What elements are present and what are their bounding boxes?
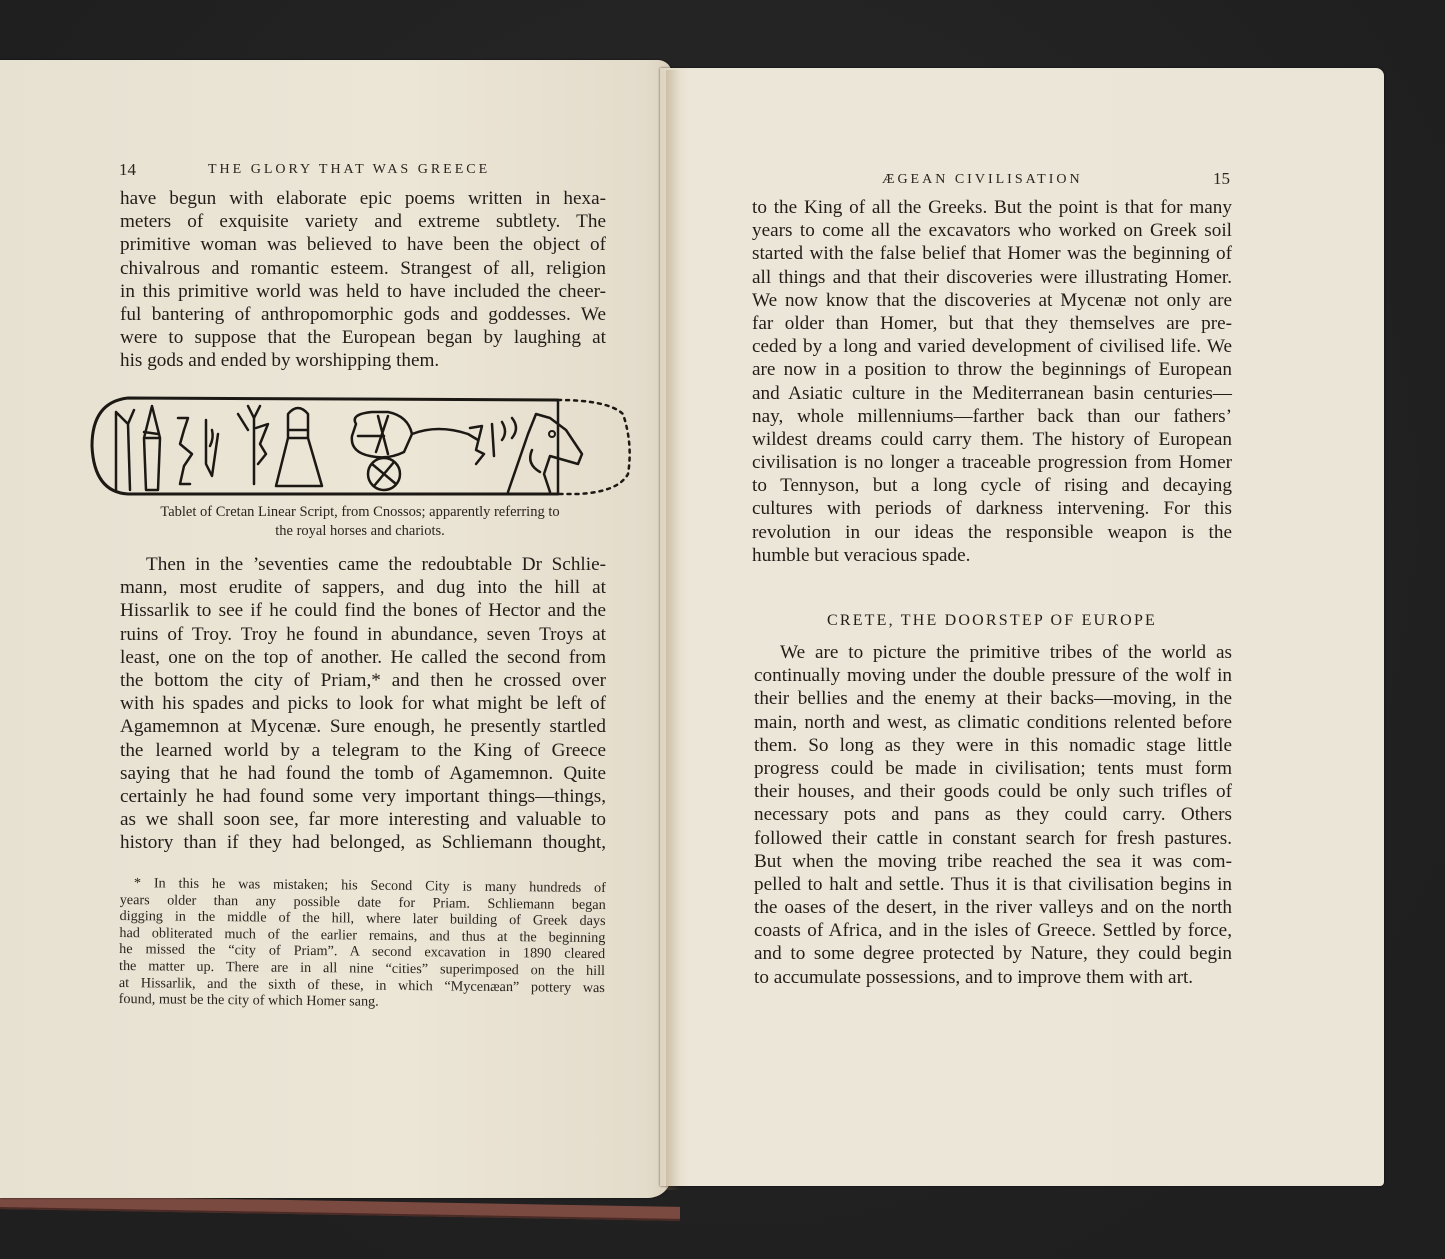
text-line: necessary pots and pans as they could ca… [754,803,1232,826]
text-line: the bottom the city of Priam,* and then … [120,669,606,692]
text-line: But when the moving tribe reached the se… [754,850,1232,873]
text-line: certainly he had found some very importa… [120,785,606,808]
left-paragraph-1: have begun with elaborate epic poems wri… [120,187,606,373]
text-line: and to some degree protected by Nature, … [754,942,1232,965]
text-line: coasts of Africa, and in the isles of Gr… [754,919,1232,942]
text-line: their houses, and their goods could be o… [754,780,1232,803]
text-line: Then in the ’seventies came the redoubta… [120,553,606,576]
text-line: as we shall soon see, far more interesti… [120,808,606,831]
cretan-tablet-illustration [88,394,636,500]
text-line: ruins of Troy. Troy he found in abundanc… [120,623,606,646]
text-line: and Asiatic culture in the Mediterranean… [752,382,1232,405]
text-line: meters of exquisite variety and extreme … [120,210,606,233]
text-line: saying that he had found the tomb of Aga… [120,762,606,785]
text-line: with his spades and picks to look for wh… [120,692,606,715]
text-line: have begun with elaborate epic poems wri… [120,187,606,210]
text-line: ceded by a long and varied development o… [752,335,1232,358]
text-line: started with the false belief that Homer… [752,242,1232,265]
text-line: chivalrous and romantic esteem. Stranges… [120,257,606,280]
text-line: to accumulate possessions, and to improv… [754,966,1232,989]
text-line: are now in a position to throw the begin… [752,358,1232,381]
text-line: continually moving under the double pres… [754,664,1232,687]
text-line: his gods and ended by worshipping them. [120,349,606,372]
text-line: mann, most erudite of sappers, and dug i… [120,576,606,599]
footnote: * In this he was mistaken; his Second Ci… [119,875,606,1013]
text-line: main, north and west, as climatic condit… [754,711,1232,734]
text-line: ful bantering of anthropomorphic gods an… [120,303,606,326]
text-line: least, one on the top of another. He cal… [120,646,606,669]
text-line: all things and that their discoveries we… [752,266,1232,289]
text-line: were to suppose that the European began … [120,326,606,349]
section-heading: CRETE, THE DOORSTEP OF EUROPE [752,612,1232,630]
text-line: followed their cattle in constant search… [754,827,1232,850]
figure-caption: Tablet of Cretan Linear Script, from Cno… [100,503,620,541]
left-running-head: THE GLORY THAT WAS GREECE [208,162,490,178]
text-line: their bellies and the enemy at their bac… [754,687,1232,710]
text-line: in this primitive world was held to have… [120,280,606,303]
text-line: wildest dreams could carry them. The his… [752,428,1232,451]
text-line: pelled to halt and settle. Thus it is th… [754,873,1232,896]
left-folio: 14 [119,160,136,180]
text-line: years to come all the excavators who wor… [752,219,1232,242]
text-line: the oases of the desert, in the river va… [754,896,1232,919]
right-folio: 15 [1213,169,1230,189]
text-line: them. So long as they were in this nomad… [754,734,1232,757]
book-gutter [666,70,680,1190]
text-line: the learned world by a telegram to the K… [120,739,606,762]
right-paragraph-2: We are to picture the primitive tribes o… [754,641,1232,989]
text-line: progress could be made in civilisation; … [754,757,1232,780]
text-line: primitive woman was believed to have bee… [120,233,606,256]
left-paragraph-2: Then in the ’seventies came the redoubta… [120,553,606,854]
text-line: cultures with periods of darkness interv… [752,497,1232,520]
text-line: nay, whole millenniums—farther back than… [752,405,1232,428]
text-line: We now know that the discoveries at Myce… [752,289,1232,312]
text-line: We are to picture the primitive tribes o… [754,641,1232,664]
caption-line: Tablet of Cretan Linear Script, from Cno… [100,503,620,522]
text-line: civilisation is no longer a traceable pr… [752,451,1232,474]
right-running-head: ÆGEAN CIVILISATION [882,172,1083,188]
text-line: far older than Homer, but that they them… [752,312,1232,335]
caption-line: the royal horses and chariots. [100,522,620,541]
text-line: to the King of all the Greeks. But the p… [752,196,1232,219]
text-line: revolution in our ideas the responsible … [752,521,1232,544]
text-line: to Tennyson, but a long cycle of rising … [752,474,1232,497]
text-line: humble but veracious spade. [752,544,1232,567]
text-line: Hissarlik to see if he could find the bo… [120,599,606,622]
text-line: history than if they had belonged, as Sc… [120,831,606,854]
right-paragraph-1: to the King of all the Greeks. But the p… [752,196,1232,567]
text-line: Agamemnon at Mycenæ. Sure enough, he pre… [120,715,606,738]
